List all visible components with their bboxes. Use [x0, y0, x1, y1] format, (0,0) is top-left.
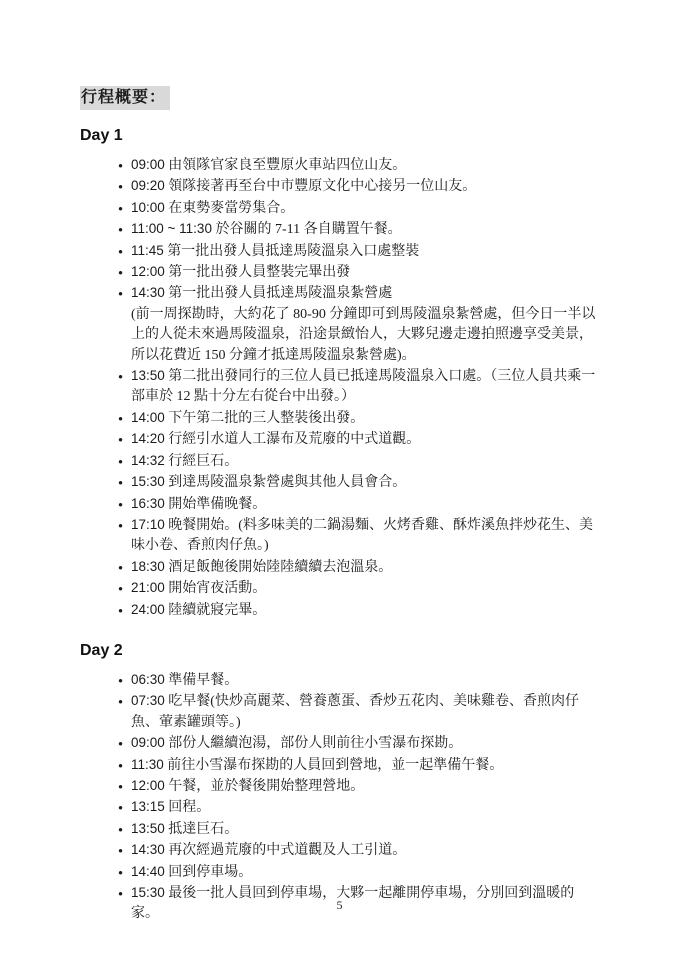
document-page: 行程概要： Day 1 09:00 由領隊官家良至豐原火車站四位山友。 09:2…: [0, 0, 679, 960]
item-time: 24:00: [131, 602, 165, 617]
item-time: 14:30: [131, 842, 165, 857]
day2-heading: Day 2: [80, 641, 601, 661]
item-text: 晚餐開始。(料多味美的二鍋湯麵、火烤香雞、酥炸溪魚拌炒花生、美味小卷、香煎肉仔魚…: [131, 518, 593, 553]
item-text: 酒足飯飽後開始陸陸續續去泡溫泉。: [168, 560, 392, 575]
day1-heading: Day 1: [80, 126, 601, 146]
item-time: 09:20: [131, 178, 165, 193]
item-time: 11:00 ~ 11:30: [131, 221, 212, 236]
item-text: 陸續就寢完畢。: [168, 603, 266, 618]
item-text: 由領隊官家良至豐原火車站四位山友。: [168, 158, 406, 173]
itinerary-item: 14:20 行經引水道人工瀑布及荒廢的中式道觀。: [80, 429, 601, 450]
bullet-icon: [110, 819, 131, 840]
item-text: 於谷關的 7-11 各自購置午餐。: [215, 222, 401, 237]
itinerary-item: 21:00 開始宵夜活動。: [80, 578, 601, 599]
bullet-icon: [110, 176, 131, 197]
bullet-icon: [110, 797, 131, 818]
bullet-icon: [110, 515, 131, 536]
itinerary-item: 06:30 準備早餐。: [80, 670, 601, 691]
itinerary-item: 24:00 陸續就寢完畢。: [80, 600, 601, 621]
bullet-icon: [110, 776, 131, 797]
item-time: 16:30: [131, 496, 165, 511]
itinerary-item: 16:30 開始準備晚餐。: [80, 494, 601, 515]
bullet-icon: [110, 755, 131, 776]
page-number: 5: [0, 898, 679, 913]
item-text: 開始宵夜活動。: [168, 581, 266, 596]
bullet-icon: [110, 262, 131, 283]
itinerary-item: 14:00 下午第二批的三人整裝後出發。: [80, 408, 601, 429]
itinerary-item: 09:00 部份人繼續泡湯，部份人則前往小雪瀑布探勘。: [80, 733, 601, 754]
item-text: 抵達巨石。: [168, 822, 238, 837]
bullet-icon: [110, 198, 131, 219]
itinerary-item: 18:30 酒足飯飽後開始陸陸續續去泡溫泉。: [80, 557, 601, 578]
bullet-icon: [110, 733, 131, 754]
itinerary-item: 11:30 前往小雪瀑布探勘的人員回到營地，並一起準備午餐。: [80, 755, 601, 776]
item-time: 21:00: [131, 580, 165, 595]
itinerary-item: 11:00 ~ 11:30 於谷關的 7-11 各自購置午餐。: [80, 219, 601, 240]
item-time: 14:00: [131, 410, 165, 425]
itinerary-item: 15:30 到達馬陵溫泉紮營處與其他人員會合。: [80, 472, 601, 493]
item-text: 開始準備晚餐。: [168, 497, 266, 512]
item-time: 14:30: [131, 285, 165, 300]
itinerary-item: 12:00 午餐，並於餐後開始整理營地。: [80, 776, 601, 797]
item-time: 13:50: [131, 821, 165, 836]
itinerary-item: 07:30 吃早餐(快炒高麗菜、營養蔥蛋、香炒五花肉、美味雞卷、香煎肉仔魚、葷素…: [80, 691, 601, 733]
bullet-icon: [110, 472, 131, 493]
item-text: 第一批出發人員整裝完畢出發: [168, 265, 350, 280]
itinerary-item: 13:15 回程。: [80, 797, 601, 818]
item-text: 領隊接著再至台中市豐原文化中心接另一位山友。: [168, 179, 476, 194]
item-time: 13:15: [131, 799, 165, 814]
item-time: 14:20: [131, 431, 165, 446]
title-row: 行程概要：: [80, 86, 601, 110]
item-time: 12:00: [131, 778, 165, 793]
bullet-icon: [110, 408, 131, 429]
itinerary-item: 14:30 再次經過荒廢的中式道觀及人工引道。: [80, 840, 601, 861]
bullet-icon: [110, 557, 131, 578]
bullet-icon: [110, 219, 131, 240]
item-time: 13:50: [131, 368, 165, 383]
bullet-icon: [110, 155, 131, 176]
item-time: 06:30: [131, 672, 165, 687]
itinerary-item: 09:20 領隊接著再至台中市豐原文化中心接另一位山友。: [80, 176, 601, 197]
bullet-icon: [110, 283, 131, 304]
bullet-icon: [110, 241, 131, 262]
page-title: 行程概要：: [80, 86, 170, 110]
item-time: 14:40: [131, 864, 165, 879]
item-text: 到達馬陵溫泉紮營處與其他人員會合。: [168, 475, 406, 490]
itinerary-item: 11:45 第一批出發人員抵達馬陵溫泉入口處整裝: [80, 241, 601, 262]
item-time: 09:00: [131, 157, 165, 172]
item-text: 行經引水道人工瀑布及荒廢的中式道觀。: [168, 432, 420, 447]
day1-list: 09:00 由領隊官家良至豐原火車站四位山友。 09:20 領隊接著再至台中市豐…: [80, 155, 601, 621]
item-text: 回到停車場。: [168, 865, 252, 880]
itinerary-item: 10:00 在東勢麥當勞集合。: [80, 198, 601, 219]
day2-section: Day 2 06:30 準備早餐。 07:30 吃早餐(快炒高麗菜、營養蔥蛋、香…: [80, 641, 601, 925]
item-text: 準備早餐。: [168, 673, 238, 688]
itinerary-item: 12:00 第一批出發人員整裝完畢出發: [80, 262, 601, 283]
item-text: 行經巨石。: [168, 454, 238, 469]
bullet-icon: [110, 578, 131, 599]
itinerary-item: 14:30 第一批出發人員抵達馬陵溫泉紮營處(前一周探勘時，大約花了 80-90…: [80, 283, 601, 366]
item-time: 12:00: [131, 264, 165, 279]
item-text: 前往小雪瀑布探勘的人員回到營地，並一起準備午餐。: [167, 758, 503, 773]
item-time: 11:30: [131, 757, 164, 772]
item-time: 17:10: [131, 517, 165, 532]
itinerary-item: 17:10 晚餐開始。(料多味美的二鍋湯麵、火烤香雞、酥炸溪魚拌炒花生、美味小卷…: [80, 515, 601, 557]
item-time: 15:30: [131, 474, 165, 489]
item-text: 第一批出發人員抵達馬陵溫泉入口處整裝: [167, 244, 419, 259]
itinerary-item: 14:40 回到停車場。: [80, 862, 601, 883]
item-text: 吃早餐(快炒高麗菜、營養蔥蛋、香炒五花肉、美味雞卷、香煎肉仔魚、葷素罐頭等。): [131, 694, 579, 729]
item-time: 18:30: [131, 559, 165, 574]
item-text: 再次經過荒廢的中式道觀及人工引道。: [168, 843, 406, 858]
itinerary-item: 13:50 抵達巨石。: [80, 819, 601, 840]
bullet-icon: [110, 494, 131, 515]
bullet-icon: [110, 429, 131, 450]
item-text: 部份人繼續泡湯，部份人則前往小雪瀑布探勘。: [168, 736, 462, 751]
item-text: 第二批出發同行的三位人員已抵達馬陵溫泉入口處。（三位人員共乘一部車於 12 點十…: [131, 369, 595, 404]
item-time: 11:45: [131, 243, 164, 258]
bullet-icon: [110, 600, 131, 621]
bullet-icon: [110, 862, 131, 883]
item-note: (前一周探勘時，大約花了 80-90 分鐘即可到馬陵溫泉紮營處，但今日一半以上的…: [131, 305, 601, 366]
bullet-icon: [110, 451, 131, 472]
item-text: 回程。: [168, 800, 210, 815]
item-text: 在東勢麥當勞集合。: [168, 201, 294, 216]
itinerary-item: 14:32 行經巨石。: [80, 451, 601, 472]
bullet-icon: [110, 366, 131, 387]
item-text: 午餐，並於餐後開始整理營地。: [168, 779, 364, 794]
item-text: 第一批出發人員抵達馬陵溫泉紮營處: [168, 286, 392, 301]
item-time: 14:32: [131, 453, 165, 468]
item-text: 下午第二批的三人整裝後出發。: [168, 411, 364, 426]
bullet-icon: [110, 670, 131, 691]
itinerary-item: 09:00 由領隊官家良至豐原火車站四位山友。: [80, 155, 601, 176]
bullet-icon: [110, 691, 131, 712]
item-time: 09:00: [131, 735, 165, 750]
day1-section: Day 1 09:00 由領隊官家良至豐原火車站四位山友。 09:20 領隊接著…: [80, 126, 601, 621]
bullet-icon: [110, 840, 131, 861]
itinerary-item: 13:50 第二批出發同行的三位人員已抵達馬陵溫泉入口處。（三位人員共乘一部車於…: [80, 366, 601, 408]
item-time: 10:00: [131, 200, 165, 215]
day2-list: 06:30 準備早餐。 07:30 吃早餐(快炒高麗菜、營養蔥蛋、香炒五花肉、美…: [80, 670, 601, 925]
item-time: 07:30: [131, 693, 165, 708]
